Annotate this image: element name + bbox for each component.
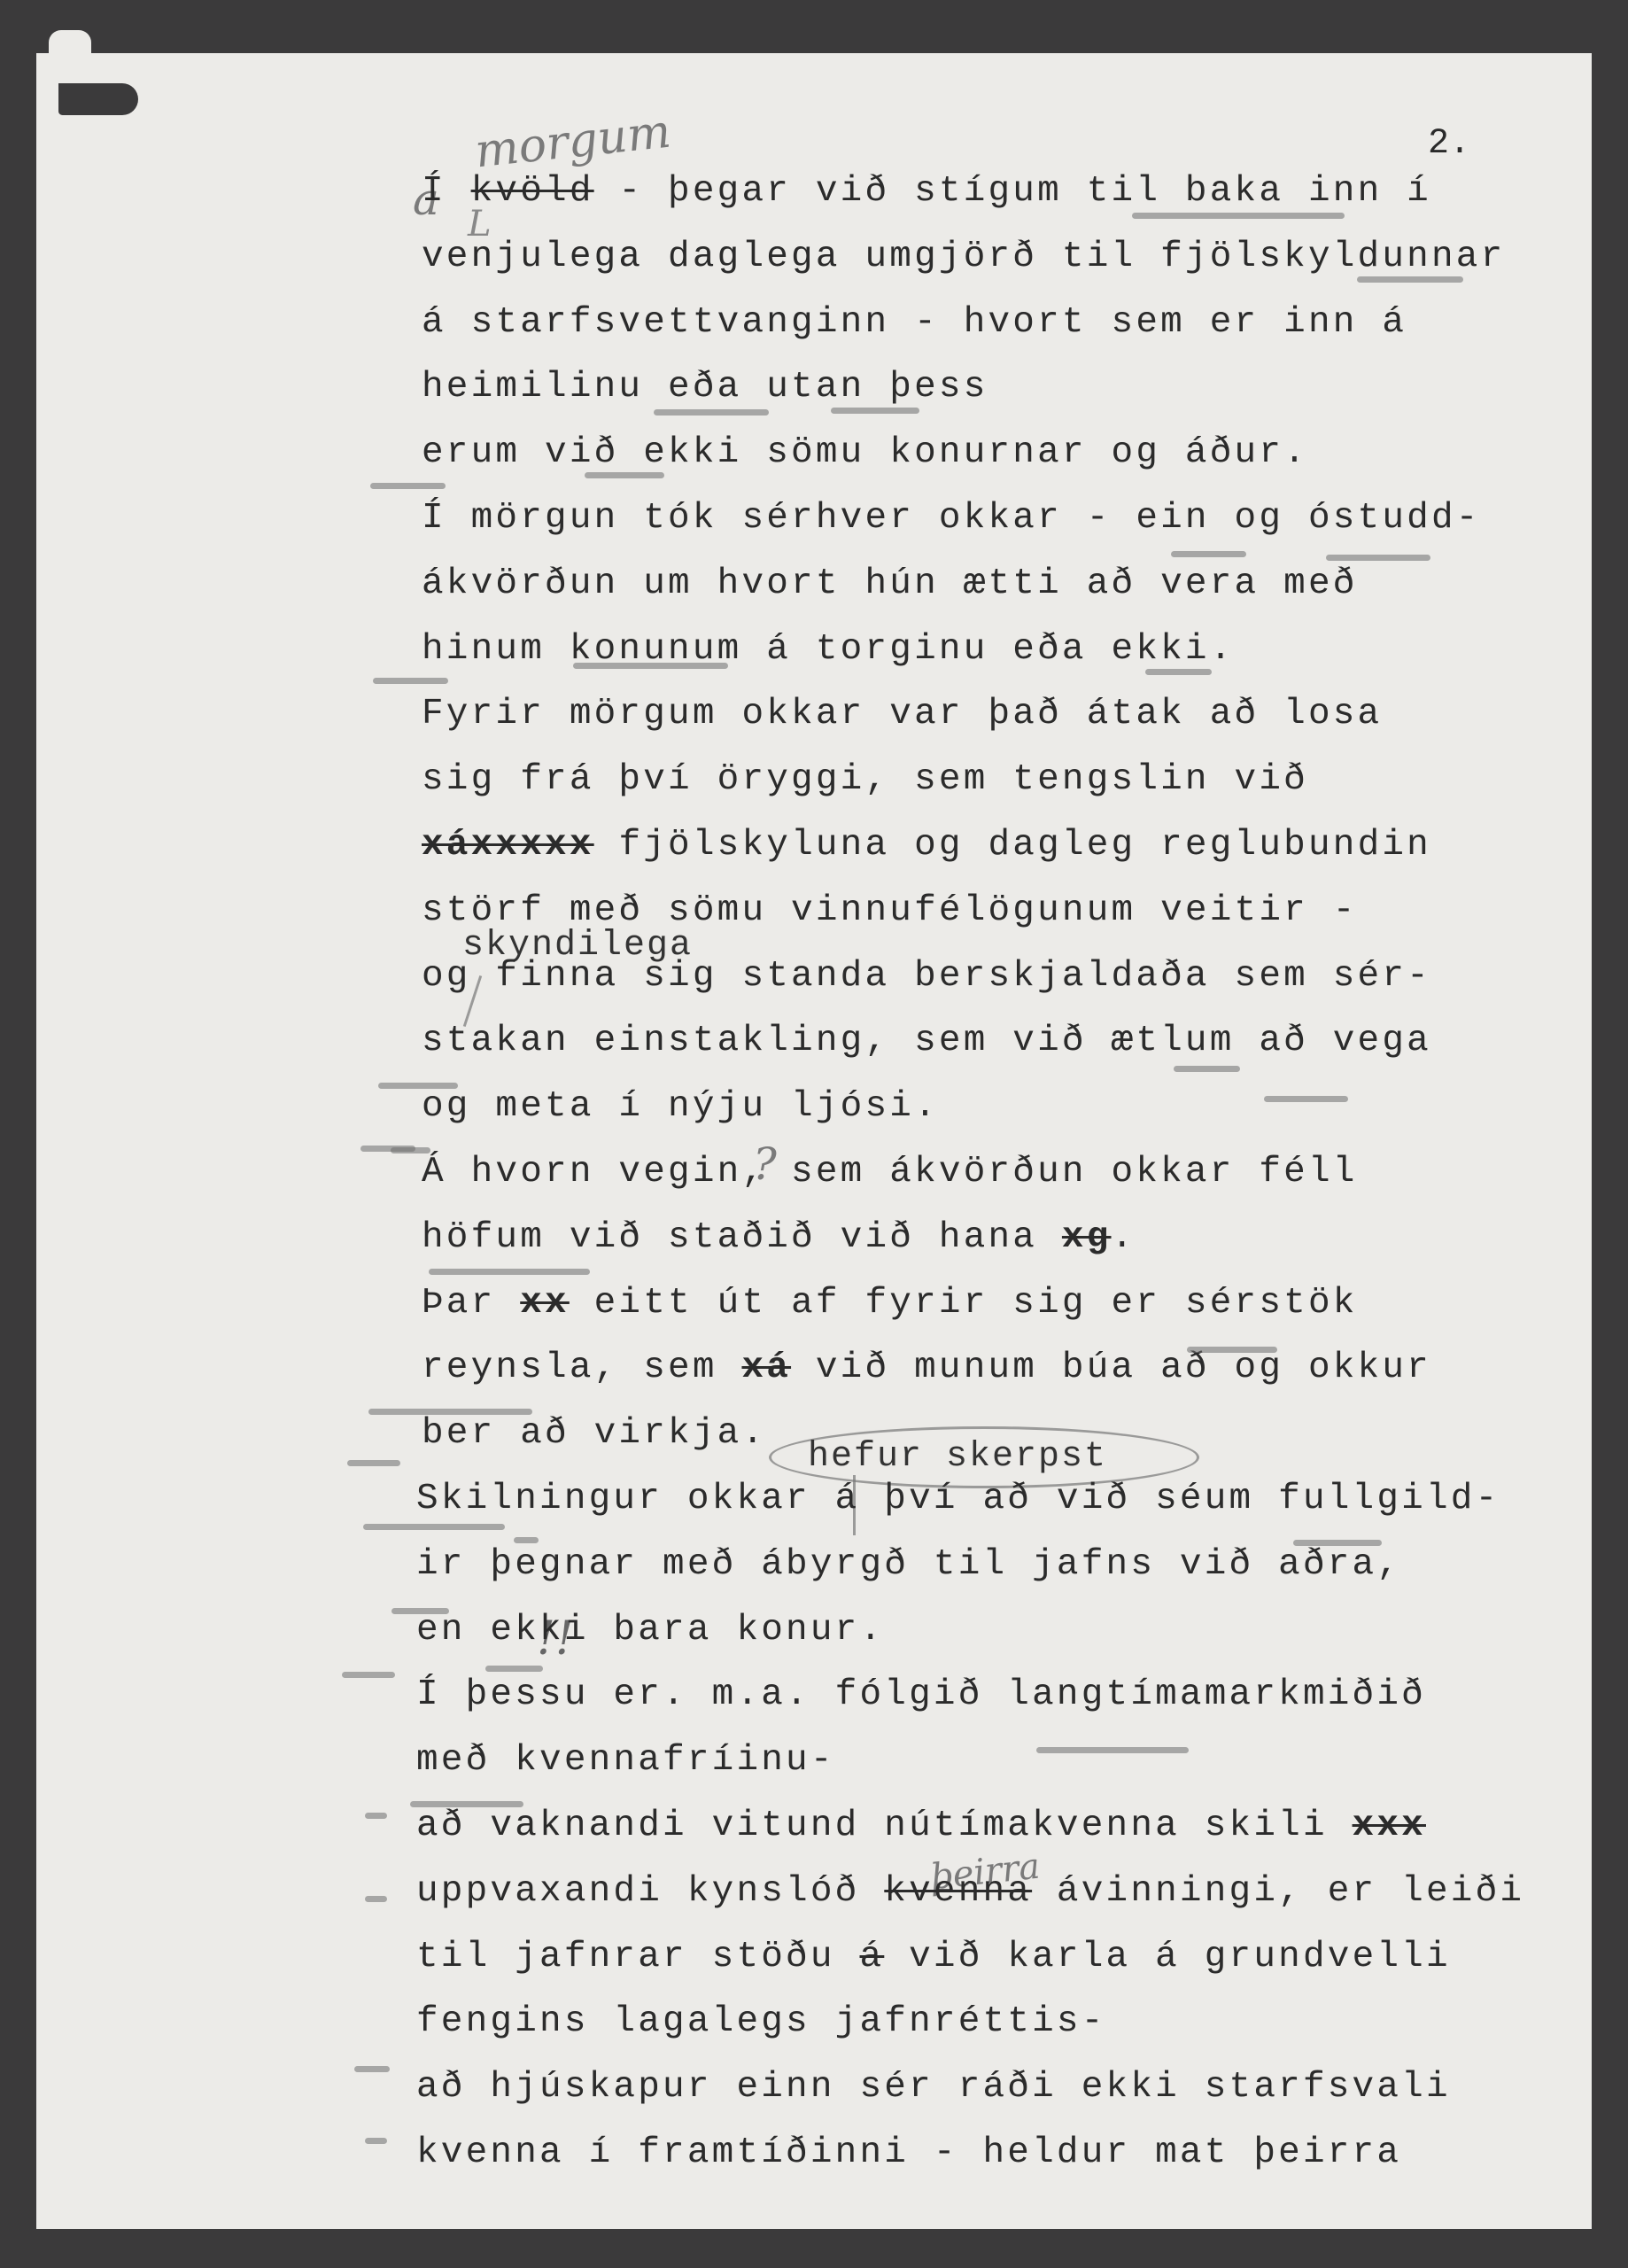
text-line: ber að virkja. <box>422 1416 766 1452</box>
pencil-underline <box>347 1460 400 1466</box>
pencil-underline <box>1174 1066 1240 1072</box>
typed-xout: xxx <box>1353 1806 1426 1846</box>
pencil-underline <box>514 1537 539 1543</box>
text-line: Í mörgun tók sérhver okkar - ein og óstu… <box>422 501 1481 537</box>
pencil-underline <box>654 409 769 416</box>
pencil-underline <box>410 1801 523 1807</box>
text-line: kvenna í framtíðinni - heldur mat þeirra <box>416 2135 1401 2171</box>
text-line: ákvörðun um hvort hún ætti að vera með <box>422 566 1358 602</box>
pencil-underline <box>1187 1347 1277 1353</box>
text-line: venjulega daglega umgjörð til fjölskyldu… <box>422 239 1505 276</box>
text-line: til jafnrar stöðu á við karla á grundvel… <box>416 1939 1451 1976</box>
text-line: sig frá því öryggi, sem tengslin við <box>422 762 1308 798</box>
pencil-underline <box>831 408 919 414</box>
text-line: Fyrir mörgum okkar var það átak að losa <box>422 696 1382 733</box>
pencil-underline <box>378 1083 458 1089</box>
text-line: reynsla, sem xá við munum búa að og okku… <box>422 1350 1431 1386</box>
pencil-underline <box>391 1147 430 1153</box>
paper-notch <box>58 83 138 115</box>
typed-xout: xg <box>1062 1217 1112 1258</box>
text-line: og finna sig standa berskjaldaða sem sér… <box>422 959 1431 995</box>
typed-xout: xx <box>520 1283 570 1324</box>
text-line: Skilningur okkar á því að við séum fullg… <box>416 1481 1500 1518</box>
pencil-underline <box>391 1608 449 1614</box>
pencil-underline <box>1171 551 1246 557</box>
text-line: hinum konunum á torginu eða ekki. <box>422 632 1235 668</box>
page-number: 2. <box>1428 124 1470 164</box>
text-line: Í þessu er. m.a. fólgið langtímamarkmiði… <box>416 1677 1426 1713</box>
text-line: ir þegnar með ábyrgð til jafns við aðra, <box>416 1547 1401 1583</box>
pencil-underline <box>370 483 446 489</box>
pencil-underline <box>365 1813 387 1819</box>
text-line: Þar xx eitt út af fyrir sig er sérstök <box>422 1285 1358 1322</box>
pencil-underline <box>1145 669 1212 675</box>
text-line: erum við ekki sömu konurnar og áður. <box>422 435 1308 471</box>
text-line: heimilinu eða utan þess <box>422 369 988 406</box>
text-line: og meta í nýju ljósi. <box>422 1089 939 1125</box>
text-line: að hjúskapur einn sér ráði ekki starfsva… <box>416 2070 1451 2106</box>
pencil-underline <box>573 663 728 669</box>
pencil-underline <box>1036 1747 1189 1753</box>
pencil-underline <box>1293 1540 1382 1546</box>
pencil-underline <box>1132 213 1345 219</box>
pencil-underline <box>585 472 664 478</box>
text-line: Á hvorn vegin, sem ákvörðun okkar féll <box>422 1154 1358 1191</box>
struck-word: kvenna <box>884 1871 1032 1912</box>
text-line: en ekki bara konur. <box>416 1612 884 1649</box>
pencil-underline <box>429 1269 590 1275</box>
pencil-underline <box>1357 276 1463 283</box>
bubble-insert-text: hefur skerpst <box>808 1437 1107 1477</box>
text-line: fengins lagalegs jafnréttis- <box>416 2004 1106 2040</box>
pencil-underline <box>368 1409 532 1415</box>
pencil-underline <box>1264 1096 1348 1102</box>
text-line: á starfsvettvanginn - hvort sem er inn á <box>422 305 1407 341</box>
text-line: xáxxxxx fjölskyluna og dagleg reglubundi… <box>422 827 1431 864</box>
pencil-underline <box>365 1896 387 1902</box>
text-line: störf með sömu vinnufélögunum veitir - <box>422 893 1358 929</box>
typed-xout: xáxxxxx <box>422 825 594 866</box>
text-line: með kvennafríinu- <box>416 1743 835 1779</box>
pencil-underline <box>363 1524 505 1530</box>
pencil-underline <box>365 2138 387 2144</box>
text-line: að vaknandi vitund nútímakvenna skili xx… <box>416 1808 1426 1845</box>
text-line: uppvaxandi kynslóð kvenna ávinningi, er … <box>416 1874 1524 1910</box>
text-line: Í kvöld - þegar við stígum til baka inn … <box>422 174 1431 210</box>
pencil-underline <box>354 2066 390 2072</box>
struck-word: á <box>859 1937 884 1977</box>
pencil-underline <box>373 678 448 684</box>
pencil-underline <box>485 1666 543 1672</box>
typed-xout: xá <box>741 1348 791 1388</box>
text-line: stakan einstakling, sem við ætlum að veg… <box>422 1023 1431 1060</box>
text-line: höfum við staðið við hana xg. <box>422 1220 1136 1256</box>
pencil-underline <box>342 1672 395 1678</box>
struck-word: kvöld <box>471 171 594 212</box>
pencil-underline <box>1326 555 1430 561</box>
